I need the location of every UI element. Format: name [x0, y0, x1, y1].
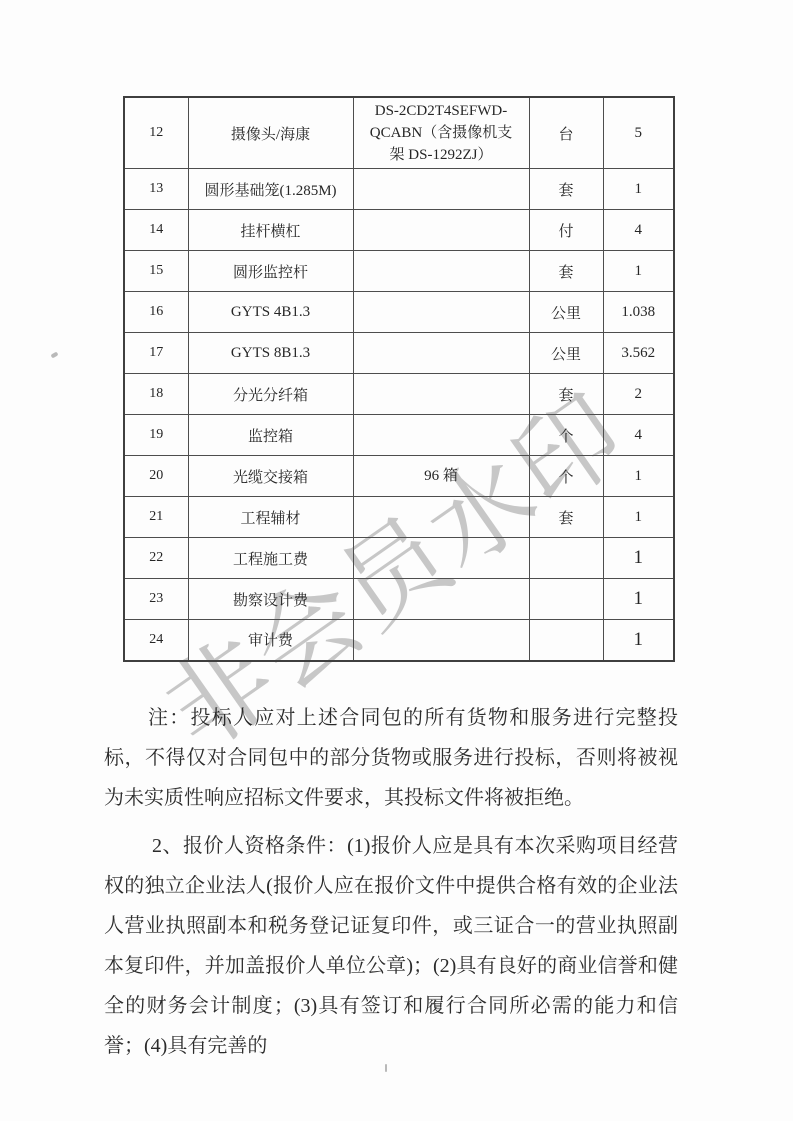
- cell-qty: 1: [603, 169, 674, 210]
- cell-unit: 套: [529, 374, 603, 415]
- cell-unit: 个: [529, 456, 603, 497]
- table-row: 24审计费1: [124, 620, 674, 661]
- table-row: 15圆形监控杆套1: [124, 251, 674, 292]
- cell-name: 光缆交接箱: [188, 456, 353, 497]
- cell-unit: [529, 620, 603, 661]
- cell-spec: [353, 415, 529, 456]
- cell-qty: 1: [603, 251, 674, 292]
- cell-name: 工程辅材: [188, 497, 353, 538]
- cell-qty: 3.562: [603, 333, 674, 374]
- cell-name: 审计费: [188, 620, 353, 661]
- cell-spec: [353, 620, 529, 661]
- cell-name: 工程施工费: [188, 538, 353, 579]
- cell-spec: [353, 292, 529, 333]
- cell-name: 挂杆横杠: [188, 210, 353, 251]
- cell-qty: 5: [603, 97, 674, 169]
- note-paragraph: 注：投标人应对上述合同包的所有货物和服务进行完整投标，不得仅对合同包中的部分货物…: [104, 698, 678, 818]
- table-row: 20光缆交接箱96 箱个1: [124, 456, 674, 497]
- cell-unit: 套: [529, 169, 603, 210]
- cell-name: 勘察设计费: [188, 579, 353, 620]
- cell-qty: 1: [603, 538, 674, 579]
- cell-name: 圆形监控杆: [188, 251, 353, 292]
- cell-unit: 公里: [529, 292, 603, 333]
- cell-unit: 套: [529, 497, 603, 538]
- cell-name: GYTS 8B1.3: [188, 333, 353, 374]
- cell-unit: [529, 538, 603, 579]
- cell-qty: 1.038: [603, 292, 674, 333]
- cell-qty: 2: [603, 374, 674, 415]
- cell-seq: 18: [124, 374, 188, 415]
- cell-qty: 1: [603, 456, 674, 497]
- cell-name: 监控箱: [188, 415, 353, 456]
- cell-qty: 1: [603, 497, 674, 538]
- cell-seq: 22: [124, 538, 188, 579]
- scanned-document-page: 非会员水印 12摄像头/海康DS-2CD2T4SEFWD-QCABN（含摄像机支…: [0, 0, 793, 1121]
- cell-unit: 台: [529, 97, 603, 169]
- cell-seq: 17: [124, 333, 188, 374]
- table-row: 12摄像头/海康DS-2CD2T4SEFWD-QCABN（含摄像机支架 DS-1…: [124, 97, 674, 169]
- cell-spec: [353, 374, 529, 415]
- cell-name: GYTS 4B1.3: [188, 292, 353, 333]
- cell-unit: 公里: [529, 333, 603, 374]
- cell-name: 分光分纤箱: [188, 374, 353, 415]
- table-row: 16GYTS 4B1.3公里1.038: [124, 292, 674, 333]
- bidder-qualification-paragraph: 2、报价人资格条件：(1)报价人应是具有本次采购项目经营权的独立企业法人(报价人…: [104, 826, 678, 1066]
- cell-qty: 1: [603, 579, 674, 620]
- cell-seq: 16: [124, 292, 188, 333]
- cell-spec: [353, 169, 529, 210]
- cell-seq: 13: [124, 169, 188, 210]
- cell-spec: [353, 251, 529, 292]
- table-row: 14挂杆横杠付4: [124, 210, 674, 251]
- cell-spec: DS-2CD2T4SEFWD-QCABN（含摄像机支架 DS-1292ZJ）: [353, 97, 529, 169]
- cell-name: 摄像头/海康: [188, 97, 353, 169]
- cell-seq: 19: [124, 415, 188, 456]
- cell-qty: 4: [603, 210, 674, 251]
- cell-qty: 4: [603, 415, 674, 456]
- cell-spec: [353, 333, 529, 374]
- cell-qty: 1: [603, 620, 674, 661]
- scan-speck: [50, 352, 58, 359]
- table-row: 18分光分纤箱套2: [124, 374, 674, 415]
- table-row: 19监控箱个4: [124, 415, 674, 456]
- cell-spec: [353, 538, 529, 579]
- cell-spec: 96 箱: [353, 456, 529, 497]
- body-text-block: 注：投标人应对上述合同包的所有货物和服务进行完整投标，不得仅对合同包中的部分货物…: [104, 698, 678, 1066]
- table-row: 13圆形基础笼(1.285M)套1: [124, 169, 674, 210]
- cell-unit: [529, 579, 603, 620]
- cell-seq: 20: [124, 456, 188, 497]
- cell-spec: [353, 210, 529, 251]
- cell-spec: [353, 579, 529, 620]
- cell-spec: [353, 497, 529, 538]
- cell-unit: 套: [529, 251, 603, 292]
- cell-seq: 23: [124, 579, 188, 620]
- items-table-body: 12摄像头/海康DS-2CD2T4SEFWD-QCABN（含摄像机支架 DS-1…: [124, 97, 674, 661]
- cell-name: 圆形基础笼(1.285M): [188, 169, 353, 210]
- table-row: 23勘察设计费1: [124, 579, 674, 620]
- cell-seq: 24: [124, 620, 188, 661]
- cell-seq: 15: [124, 251, 188, 292]
- cell-unit: 付: [529, 210, 603, 251]
- table-row: 21工程辅材套1: [124, 497, 674, 538]
- cell-seq: 12: [124, 97, 188, 169]
- goods-and-services-table: 12摄像头/海康DS-2CD2T4SEFWD-QCABN（含摄像机支架 DS-1…: [123, 96, 675, 662]
- cell-seq: 21: [124, 497, 188, 538]
- table-row: 22工程施工费1: [124, 538, 674, 579]
- cell-unit: 个: [529, 415, 603, 456]
- cell-seq: 14: [124, 210, 188, 251]
- table-row: 17GYTS 8B1.3公里3.562: [124, 333, 674, 374]
